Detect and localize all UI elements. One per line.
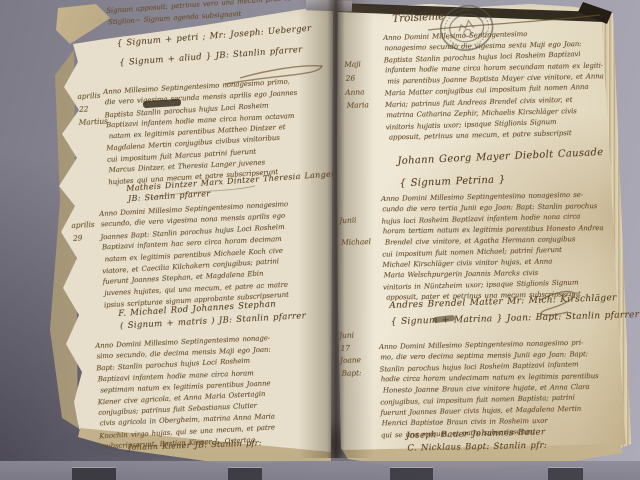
baptism-entry: Anno Domini Millesimo Septingentesimo no… (99, 199, 293, 311)
margin-word: aprilis (71, 218, 95, 232)
official-ink-stamp-icon (434, 0, 500, 62)
margin-word: Joane (340, 354, 361, 367)
margin-word: Junii (339, 209, 369, 232)
margin-date-note: Maji26AnnaMaria (344, 57, 368, 113)
margin-word: 29 (73, 231, 97, 245)
baptism-entry: Anno Millesimo Septingentesimo nonagesim… (103, 76, 301, 188)
entry-signatures: Johann Georg Mayer Diebolt Causade{ Sign… (397, 141, 605, 196)
baptism-entry: Anno Domini Millesimo Septingentesimo no… (379, 337, 599, 441)
margin-word: Anna (345, 85, 368, 100)
scale-bar (0, 461, 640, 480)
margin-word: Maji (344, 57, 367, 72)
baptism-entry: Anno Domini Millesimo Septingentesimo no… (381, 189, 604, 304)
entry-signatures: Joseph Bauer Johannes BauerC. Nicklaus B… (406, 426, 546, 455)
margin-word: Michael (341, 231, 371, 254)
margin-date-note: aprilis29 (71, 218, 96, 245)
margin-word: Bapt: (341, 367, 362, 380)
margin-word: Maria (346, 99, 368, 113)
margin-word: 26 (346, 71, 368, 85)
scale-bar-mark (390, 468, 433, 480)
scale-bar-mark (228, 468, 262, 480)
margin-word: Juni (339, 329, 360, 342)
margin-date-note: JuniiMichael (339, 209, 370, 254)
margin-word: 17 (340, 342, 361, 355)
margin-date-note: Juni17JoaneBapt: (339, 329, 361, 380)
scale-bar-mark (72, 468, 116, 480)
signature-line: C. Nicklaus Bapt: Stanlin pfr: (407, 439, 547, 454)
baptism-entry: Anno Domini Millesimo Septingentesimo no… (95, 333, 276, 453)
scale-bar-mark (548, 468, 583, 480)
manuscript-photo: Signum apposuit; petrinus vero una mecum… (0, 0, 640, 480)
